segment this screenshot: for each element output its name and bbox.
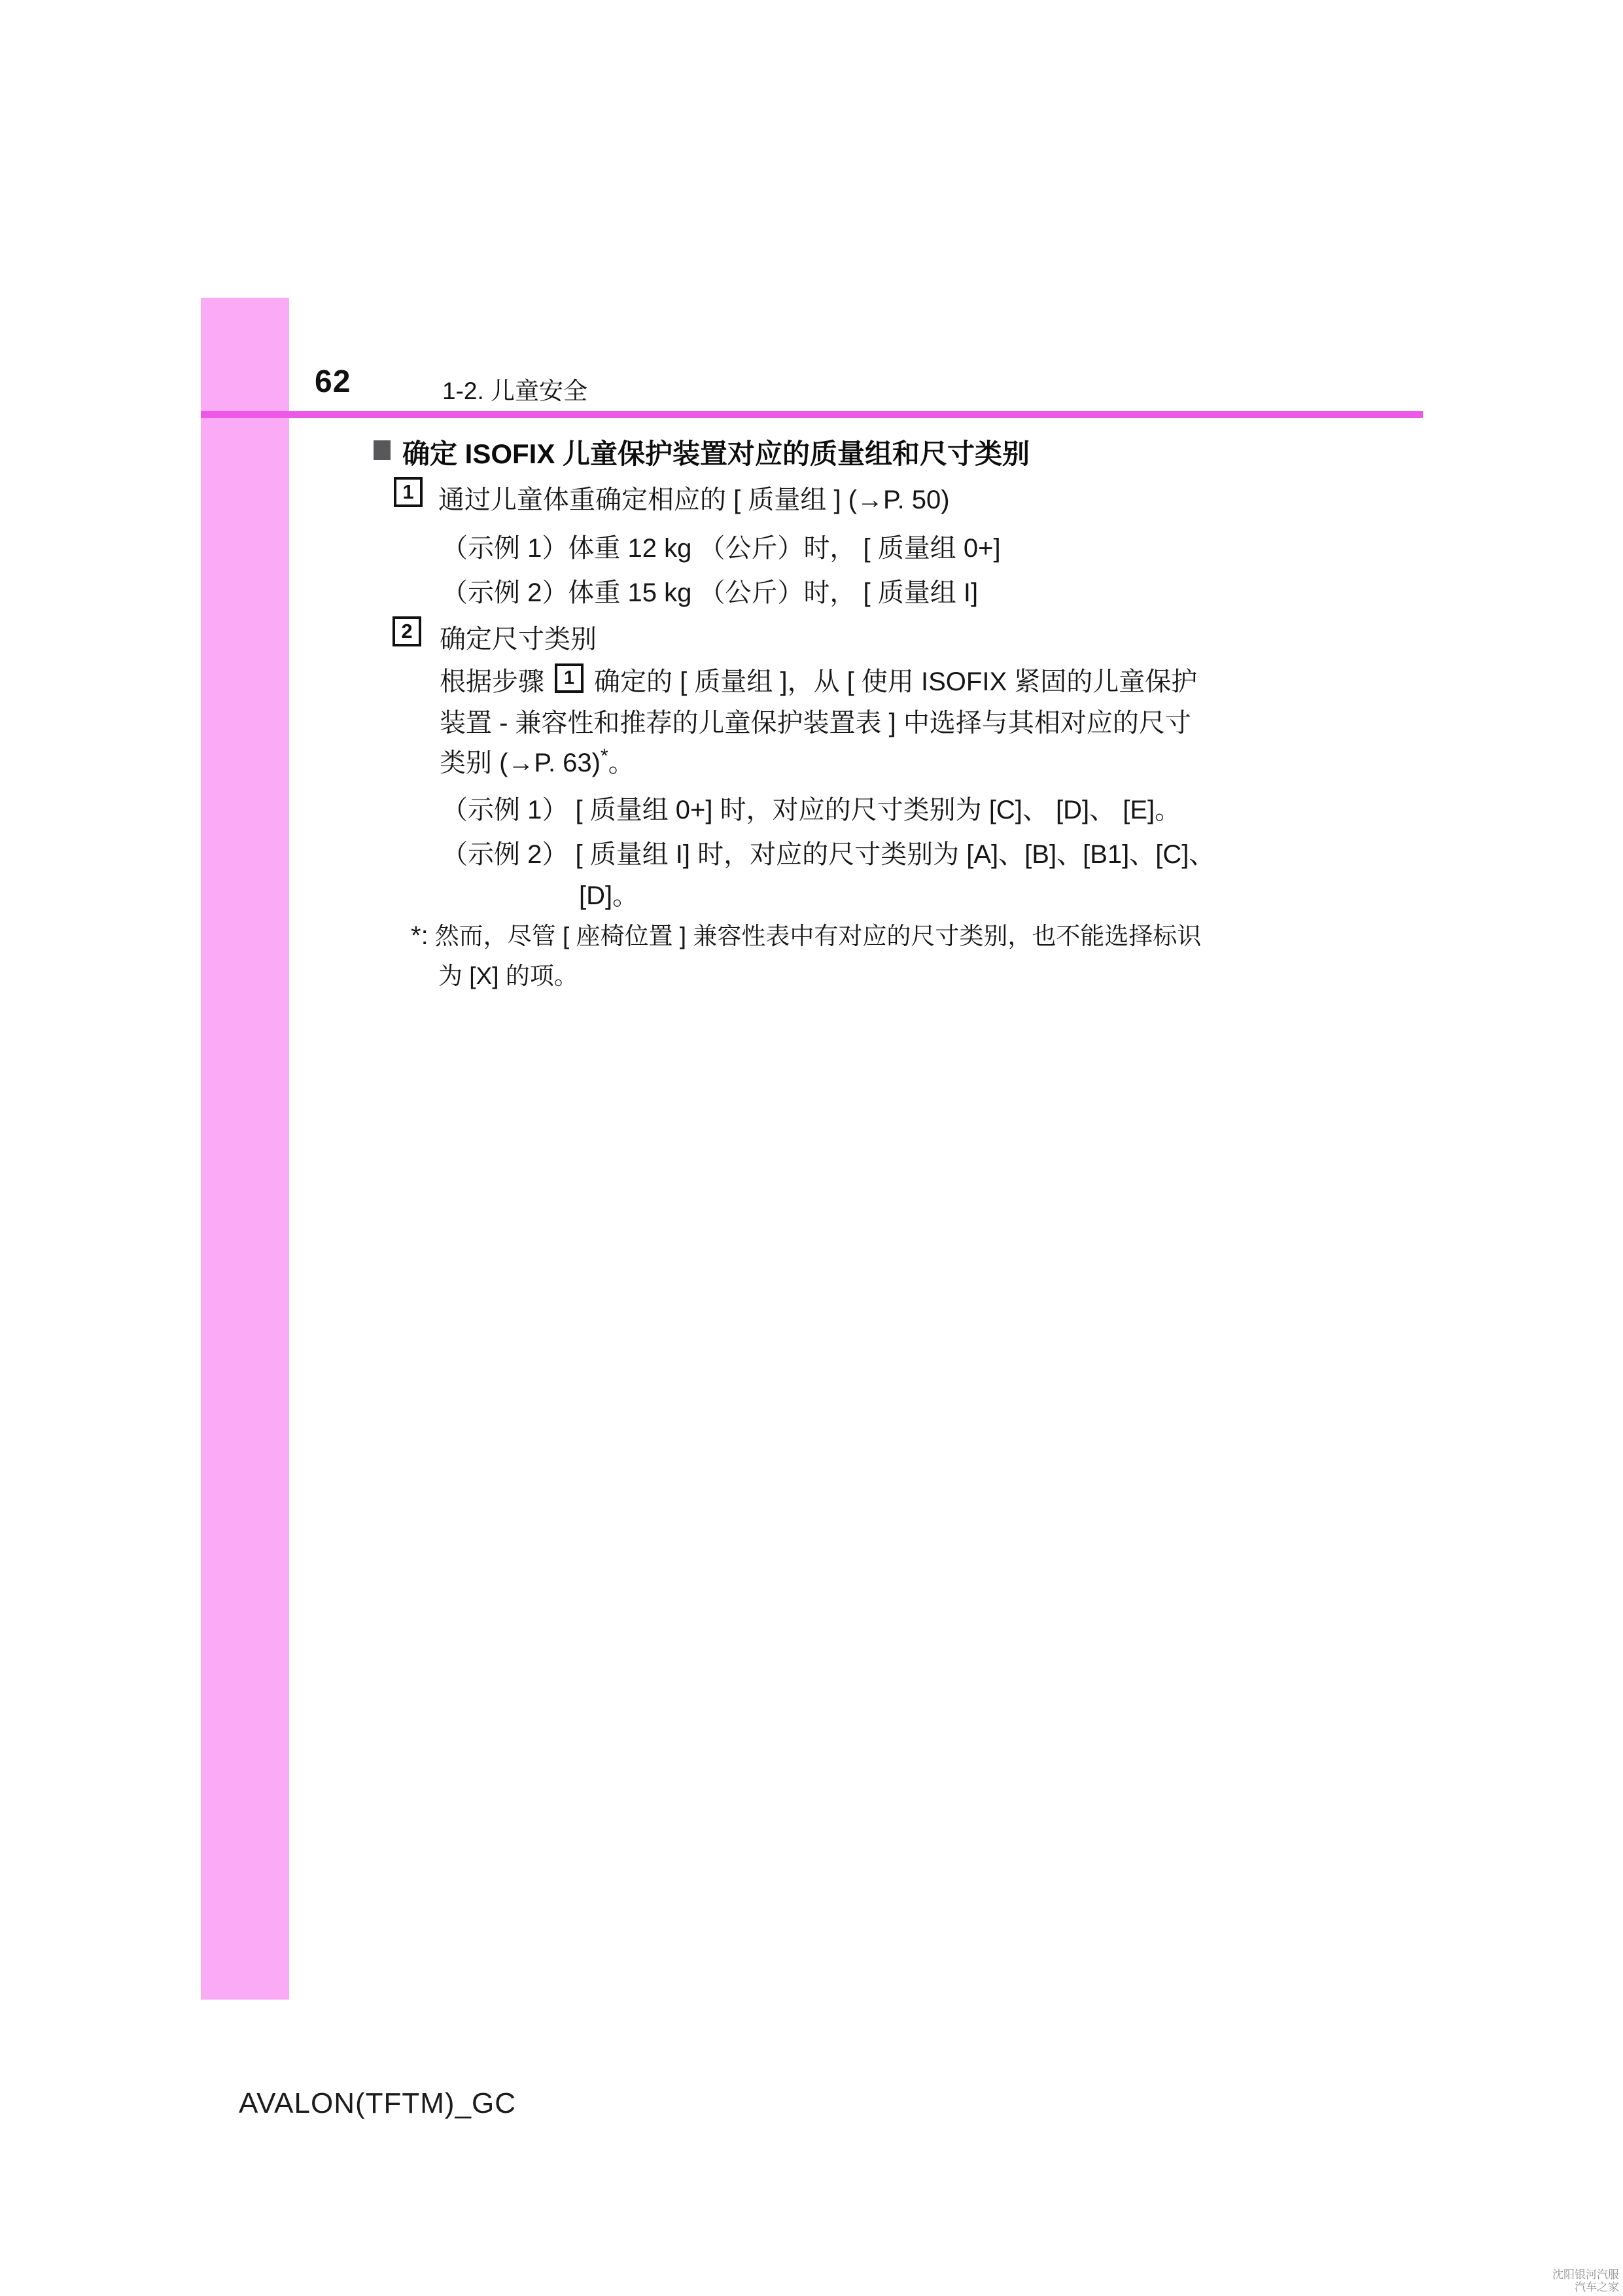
watermark-line-2: 汽车之家: [1552, 2281, 1619, 2293]
section-heading: 确定 ISOFIX 儿童保护装置对应的质量组和尺寸类别: [402, 433, 1030, 472]
footnote-reference-star: *: [601, 745, 608, 767]
inline-step-1-number: 1: [564, 667, 574, 689]
model-code-footer: AVALON(TFTM)_GC: [239, 2087, 516, 2120]
step-2-number-box: 2: [393, 616, 421, 646]
footnote-text-line-1: 然而，尽管 [ 座椅位置 ] 兼容性表中有对应的尺寸类别，也不能选择标识: [435, 923, 1202, 949]
paragraph-text-pre: 根据步骤: [440, 661, 544, 698]
header-rule-line: [201, 411, 1423, 418]
step-1-text: 通过儿童体重确定相应的 [ 质量组 ] (→P. 50): [438, 479, 950, 516]
footnote-line-2: 为 [X] 的项。: [438, 956, 578, 991]
page-number: 62: [315, 364, 351, 400]
footnote-marker: *:: [411, 921, 428, 950]
footnote-line-1: *:然而，尽管 [ 座椅位置 ] 兼容性表中有对应的尺寸类别，也不能选择标识: [411, 916, 1201, 951]
inline-step-1-box: 1: [555, 663, 584, 693]
heading-bullet-square: [374, 440, 391, 460]
step-2-text: 确定尺寸类别: [440, 618, 597, 656]
step-2-example-1: （示例 1） [ 质量组 0+] 时，对应的尺寸类别为 [C]、 [D]、 [E…: [442, 789, 1181, 826]
step-1-example-1: （示例 1）体重 12 kg （公斤）时， [ 质量组 0+]: [442, 527, 1001, 565]
step-2-example-2: （示例 2） [ 质量组 I] 时，对应的尺寸类别为 [A]、[B]、[B1]、…: [442, 834, 1215, 871]
section-breadcrumb: 1-2. 儿童安全: [442, 371, 587, 406]
paragraph-line3-text: 类别 (→P. 63): [440, 749, 601, 777]
paragraph-text-post: 确定的 [ 质量组 ]，从 [ 使用 ISOFIX 紧固的儿童保护: [594, 661, 1197, 698]
step-2-paragraph-line-2: 装置 - 兼容性和推荐的儿童保护装置表 ] 中选择与其相对应的尺寸: [440, 702, 1191, 739]
watermark-line-1: 沈阳银河汽服: [1552, 2269, 1619, 2281]
paragraph-line3-period: 。: [608, 749, 635, 777]
step-2-paragraph-line-1: 根据步骤 1 确定的 [ 质量组 ]，从 [ 使用 ISOFIX 紧固的儿童保护: [440, 662, 1197, 696]
step-1-example-2: （示例 2）体重 15 kg （公斤）时， [ 质量组 I]: [442, 572, 978, 609]
step-2-number: 2: [401, 620, 412, 643]
step-1-number-box: 1: [394, 477, 423, 507]
step-2-example-2-continuation: [D]。: [579, 875, 638, 912]
pink-sidebar-bar: [201, 298, 289, 2000]
step-2-paragraph-line-3: 类别 (→P. 63)*。: [440, 742, 635, 779]
step-1-number: 1: [402, 480, 413, 504]
manual-page: 62 1-2. 儿童安全 确定 ISOFIX 儿童保护装置对应的质量组和尺寸类别…: [0, 0, 1623, 2296]
watermark: 沈阳银河汽服 汽车之家: [1552, 2269, 1619, 2293]
